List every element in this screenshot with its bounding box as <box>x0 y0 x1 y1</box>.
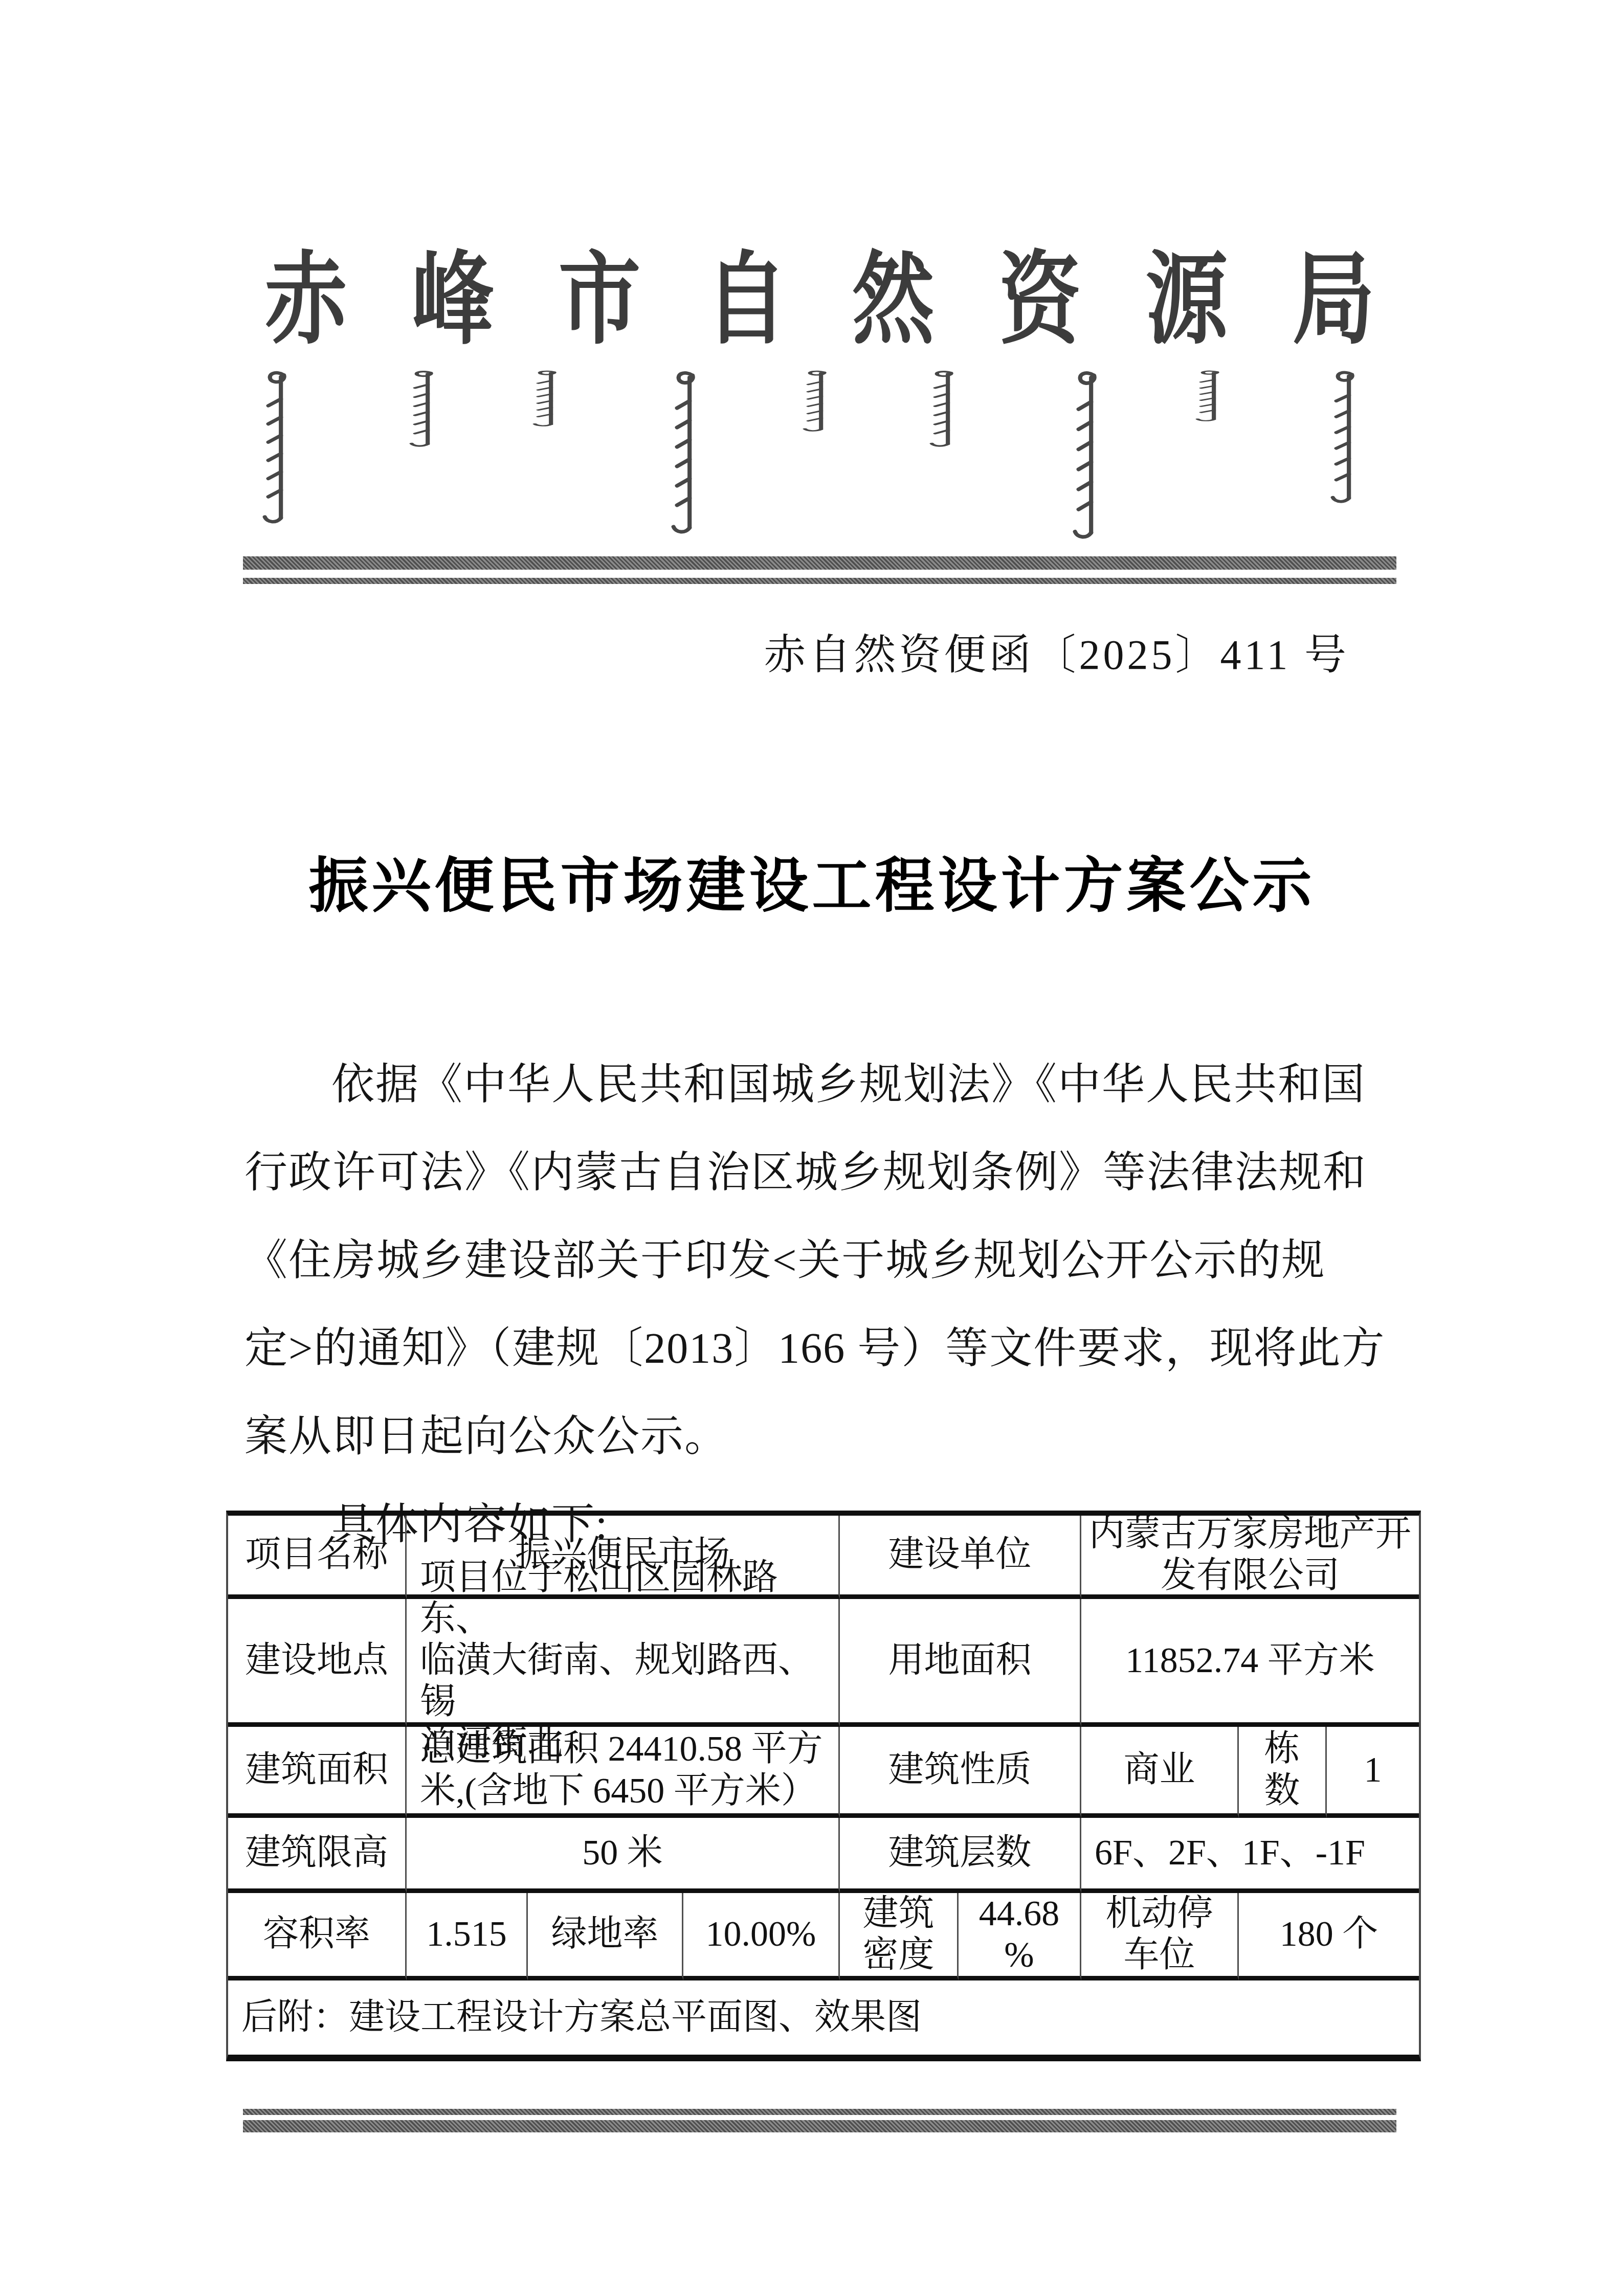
cell-floor-area-label: 建筑面积 <box>228 1727 407 1818</box>
body-paragraph: 依据《中华人民共和国城乡规划法》《中华人民共和国 行政许可法》《内蒙古自治区城乡… <box>244 1041 1385 1569</box>
cell-far-label: 容积率 <box>228 1893 407 1980</box>
document-title: 振兴便民市场建设工程设计方案公示 <box>0 850 1624 921</box>
cell-construction-unit-label: 建设单位 <box>840 1516 1081 1599</box>
mongolian-script-glyph <box>671 370 707 534</box>
header-divider-thick <box>243 556 1396 570</box>
cell-height-limit-value: 50 米 <box>407 1818 840 1893</box>
cell-attachment-note: 后附：建设工程设计方案总平面图、效果图 <box>228 1980 1419 2055</box>
document-number: 赤自然资便函〔2025〕411 号 <box>244 628 1349 682</box>
cell-density-value: 44.68 % <box>959 1893 1081 1980</box>
cell-building-nature-label: 建筑性质 <box>840 1727 1081 1818</box>
agency-char: 源 <box>1146 250 1228 352</box>
mongolian-script-glyph <box>262 370 298 524</box>
mongolian-script-glyph <box>409 370 445 447</box>
cell-floors-value: 6F、2F、1F、-1F <box>1081 1818 1419 1893</box>
body-line: 案从即日起向公众公示。 <box>244 1393 1385 1481</box>
mongolian-script-glyph <box>1195 370 1231 421</box>
cell-floors-label: 建筑层数 <box>840 1818 1081 1893</box>
cell-land-area-label: 用地面积 <box>840 1599 1081 1727</box>
cell-building-count-label: 栋 数 <box>1239 1727 1327 1818</box>
agency-char: 赤 <box>265 250 347 352</box>
cell-location-label: 建设地点 <box>228 1599 407 1727</box>
agency-char: 资 <box>999 250 1081 352</box>
body-line: 行政许可法》《内蒙古自治区城乡规划条例》等法律法规和 <box>244 1129 1385 1217</box>
mongolian-script-glyph <box>929 370 965 447</box>
header-divider-thin <box>243 578 1396 584</box>
agency-name-header: 赤 峰 市 自 然 资 源 局 <box>256 250 1384 352</box>
footer-divider-thin <box>243 2109 1396 2115</box>
document-page: 赤 峰 市 自 然 资 源 局 <box>0 0 1624 2296</box>
cell-floor-area-value: 总建筑面积 24410.58 平方 米,(含地下 6450 平方米） <box>407 1727 840 1818</box>
body-line: 依据《中华人民共和国城乡规划法》《中华人民共和国 <box>244 1041 1385 1129</box>
cell-land-area-value: 11852.74 平方米 <box>1081 1599 1419 1727</box>
cell-height-limit-label: 建筑限高 <box>228 1818 407 1893</box>
cell-project-name-label: 项目名称 <box>228 1516 407 1599</box>
agency-char: 局 <box>1293 250 1375 352</box>
cell-green-ratio-value: 10.00% <box>683 1893 840 1980</box>
cell-parking-value: 180 个 <box>1239 1893 1419 1980</box>
footer-divider-thick <box>243 2120 1396 2132</box>
cell-construction-unit-value: 内蒙古万家房地产开 发有限公司 <box>1081 1516 1419 1599</box>
agency-char: 峰 <box>412 250 494 352</box>
mongolian-script-glyph <box>532 370 568 426</box>
cell-location-value: 项目位于松山区园林路东、 临潢大街南、规划路西、锡 泊河街北 <box>407 1599 840 1727</box>
agency-char: 市 <box>559 250 641 352</box>
cell-density-label: 建筑 密度 <box>840 1893 959 1980</box>
project-info-table: 项目名称 振兴便民市场 建设单位 内蒙古万家房地产开 发有限公司 建设地点 项目… <box>226 1511 1421 2061</box>
cell-far-value: 1.515 <box>407 1893 528 1980</box>
cell-parking-label: 机动停 车位 <box>1081 1893 1239 1980</box>
cell-green-ratio-label: 绿地率 <box>528 1893 683 1980</box>
cell-building-count-value: 1 <box>1327 1727 1419 1818</box>
agency-char: 自 <box>705 250 788 352</box>
body-line: 《住房城乡建设部关于印发<关于城乡规划公开公示的规 <box>244 1217 1385 1305</box>
body-line: 定>的通知》（建规〔2013〕166 号）等文件要求，现将此方 <box>244 1305 1385 1393</box>
agency-char: 然 <box>852 250 935 352</box>
mongolian-script-glyph <box>1073 370 1108 539</box>
mongolian-script-glyph <box>803 370 838 432</box>
mongolian-script-glyph <box>1330 370 1366 503</box>
cell-building-nature-value: 商业 <box>1081 1727 1239 1818</box>
